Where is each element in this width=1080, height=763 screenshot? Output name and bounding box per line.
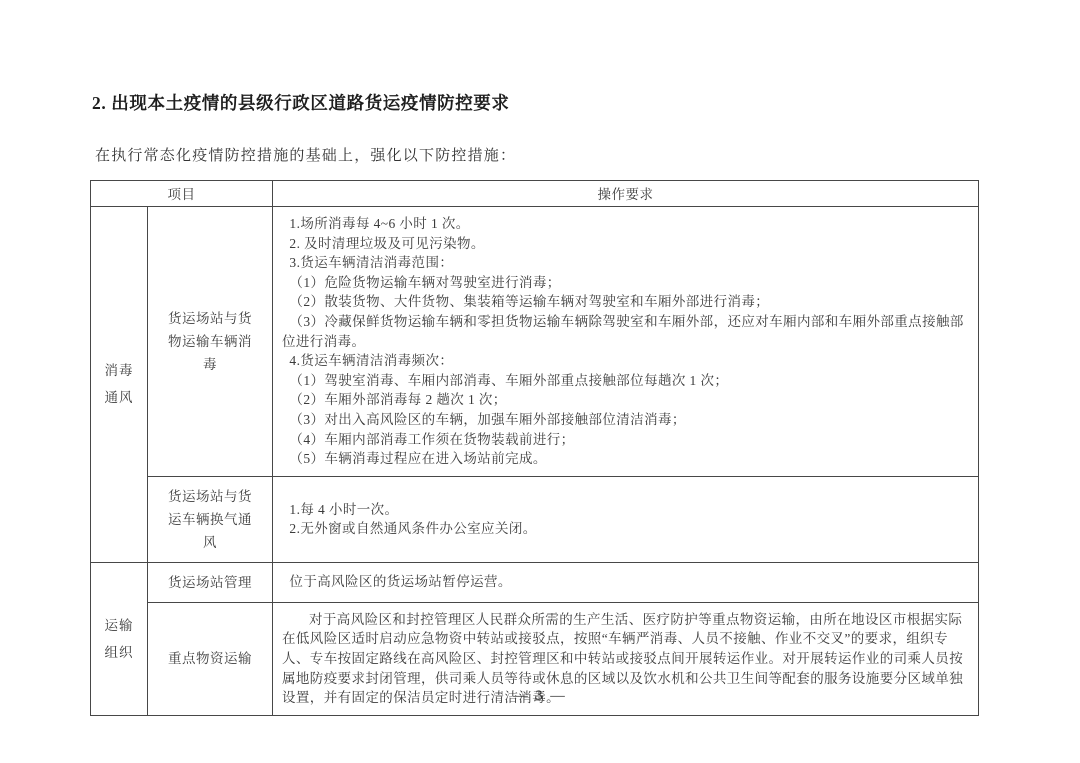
requirement-line: （2）散装货物、大件货物、集装箱等运输车辆对驾驶室和车厢外部进行消毒； <box>282 292 968 312</box>
column-header-project: 项目 <box>91 181 273 207</box>
requirement-line: （5）车辆消毒过程应在进入场站前完成。 <box>282 449 968 469</box>
requirement-line: 4.货运车辆清洁消毒频次： <box>282 351 968 371</box>
requirement-line: （2）车厢外部消毒每 2 趟次 1 次； <box>282 390 968 410</box>
row-label: 货运场站与货物运输车辆消毒 <box>165 307 254 376</box>
requirement-line: 2.无外窗或自然通风条件办公室应关闭。 <box>282 519 968 539</box>
row-content-cell: 1.场所消毒每 4~6 小时 1 次。 2. 及时清理垃圾及可见污染物。 3.货… <box>273 207 979 477</box>
requirements-table: 项目 操作要求 消毒通风 货运场站与货物运输车辆消毒 1.场所消毒每 4~6 小… <box>90 180 979 716</box>
requirement-line: 3.货运车辆清洁消毒范围： <box>282 253 968 273</box>
row-label: 重点物资运输 <box>165 647 254 670</box>
requirement-line: 2. 及时清理垃圾及可见污染物。 <box>282 234 968 254</box>
category-cell-disinfection-ventilation: 消毒通风 <box>91 207 148 563</box>
row-label: 货运场站管理 <box>165 571 254 594</box>
category-label: 运输组织 <box>104 612 134 666</box>
requirement-line: （1）危险货物运输车辆对驾驶室进行消毒； <box>282 273 968 293</box>
row-content-cell: 1.每 4 小时一次。 2.无外窗或自然通风条件办公室应关闭。 <box>273 476 979 562</box>
category-label: 消毒通风 <box>104 357 134 411</box>
requirement-line: （4）车厢内部消毒工作须在货物装载前进行； <box>282 430 968 450</box>
row-label-cell: 货运场站与货物运输车辆消毒 <box>148 207 273 477</box>
requirement-line: 1.场所消毒每 4~6 小时 1 次。 <box>282 214 968 234</box>
page-number: — 3 — <box>0 688 1080 705</box>
row-label: 货运场站与货运车辆换气通风 <box>165 485 254 554</box>
row-content-cell: 位于高风险区的货运场站暂停运营。 <box>273 562 979 602</box>
table-row-ventilation: 货运场站与货运车辆换气通风 1.每 4 小时一次。 2.无外窗或自然通风条件办公… <box>91 476 979 562</box>
requirement-line: 1.每 4 小时一次。 <box>282 500 968 520</box>
table-row-station-management: 运输组织 货运场站管理 位于高风险区的货运场站暂停运营。 <box>91 562 979 602</box>
page-title: 2. 出现本土疫情的县级行政区道路货运疫情防控要求 <box>92 90 990 115</box>
document-page: 2. 出现本土疫情的县级行政区道路货运疫情防控要求 在执行常态化疫情防控措施的基… <box>0 0 1080 763</box>
requirement-line: （3）对出入高风险区的车辆，加强车厢外部接触部位清洁消毒； <box>282 410 968 430</box>
table-header-row: 项目 操作要求 <box>91 181 979 207</box>
requirement-line: （3）冷藏保鲜货物运输车辆和零担货物运输车辆除驾驶室和车厢外部，还应对车厢内部和… <box>282 312 968 351</box>
table-row-disinfection-vehicles: 消毒通风 货运场站与货物运输车辆消毒 1.场所消毒每 4~6 小时 1 次。 2… <box>91 207 979 477</box>
row-label-cell: 货运场站与货运车辆换气通风 <box>148 476 273 562</box>
intro-text: 在执行常态化疫情防控措施的基础上，强化以下防控措施： <box>95 144 990 165</box>
row-label-cell: 货运场站管理 <box>148 562 273 602</box>
requirement-line: 位于高风险区的货运场站暂停运营。 <box>282 572 968 592</box>
column-header-operation: 操作要求 <box>273 181 979 207</box>
requirement-line: （1）驾驶室消毒、车厢内部消毒、车厢外部重点接触部位每趟次 1 次； <box>282 371 968 391</box>
